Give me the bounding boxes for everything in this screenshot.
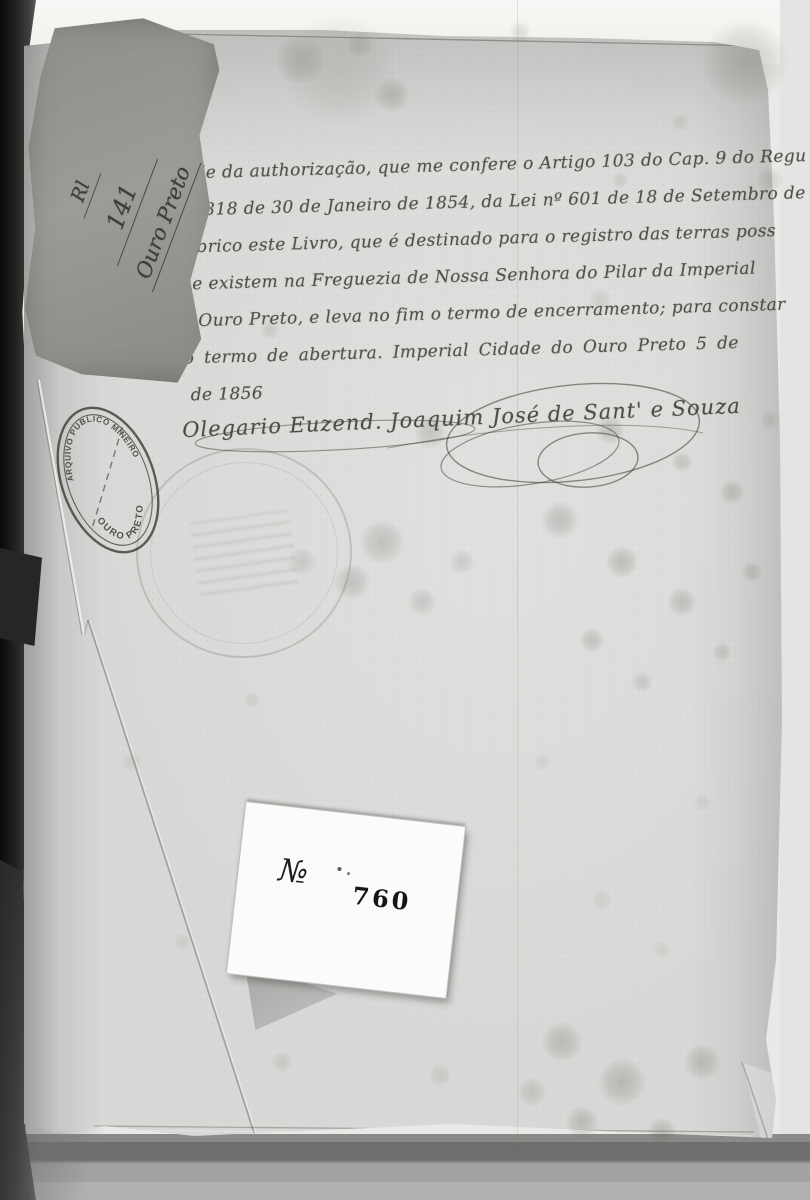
spine-label-code: Rl: [62, 165, 101, 219]
ink-speck: [337, 867, 341, 871]
ink-speck: [347, 872, 350, 875]
signature-flourish: [378, 378, 708, 503]
number-card: № 760: [227, 802, 465, 998]
archive-spine-label: Rl 141 Ouro Preto: [24, 17, 220, 383]
card-number: 760: [351, 881, 413, 917]
handwritten-text-block: de da authorização, que me confere o Art…: [166, 138, 805, 415]
numero-sign: №: [277, 852, 310, 891]
scan-artifact-line: [517, 0, 518, 1146]
spine-label-text: Rl 141 Ouro Preto: [36, 120, 208, 295]
